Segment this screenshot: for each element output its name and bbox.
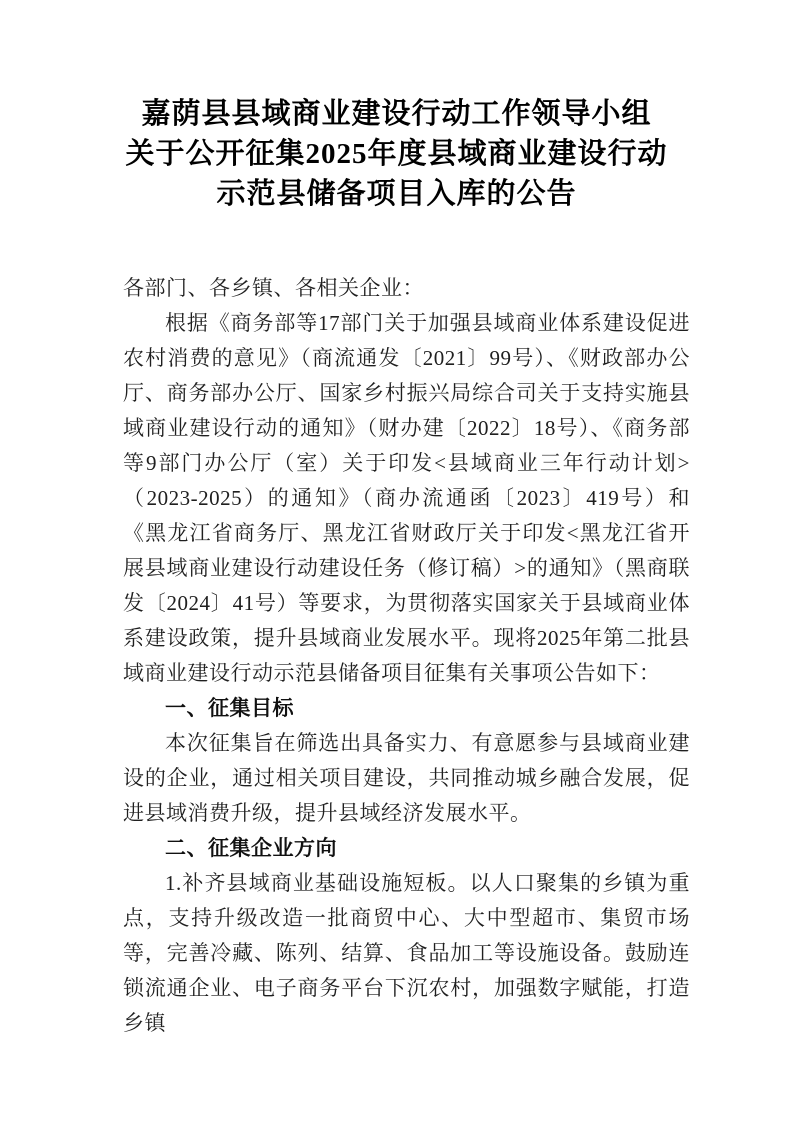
salutation: 各部门、各乡镇、各相关企业：: [123, 271, 690, 306]
document-page: 嘉荫县县域商业建设行动工作领导小组 关于公开征集2025年度县域商业建设行动 示…: [0, 0, 793, 1122]
paragraph-collection-goal: 本次征集旨在筛选出具备实力、有意愿参与县域商业建设的企业，通过相关项目建设，共同…: [123, 726, 690, 831]
paragraph-enterprise-direction-1: 1.补齐县域商业基础设施短板。以人口聚集的乡镇为重点，支持升级改造一批商贸中心、…: [123, 866, 690, 1041]
heading-section-2: 二、征集企业方向: [123, 831, 690, 866]
title-line-2: 关于公开征集2025年度县域商业建设行动: [70, 134, 723, 174]
title-line-3: 示范县储备项目入库的公告: [70, 174, 723, 214]
document-title: 嘉荫县县域商业建设行动工作领导小组 关于公开征集2025年度县域商业建设行动 示…: [70, 94, 723, 214]
title-line-1: 嘉荫县县域商业建设行动工作领导小组: [70, 94, 723, 134]
document-body: 各部门、各乡镇、各相关企业： 根据《商务部等17部门关于加强县域商业体系建设促进…: [0, 271, 793, 1041]
paragraph-policy-basis: 根据《商务部等17部门关于加强县域商业体系建设促进农村消费的意见》（商流通发〔2…: [123, 306, 690, 691]
heading-section-1: 一、征集目标: [123, 691, 690, 726]
